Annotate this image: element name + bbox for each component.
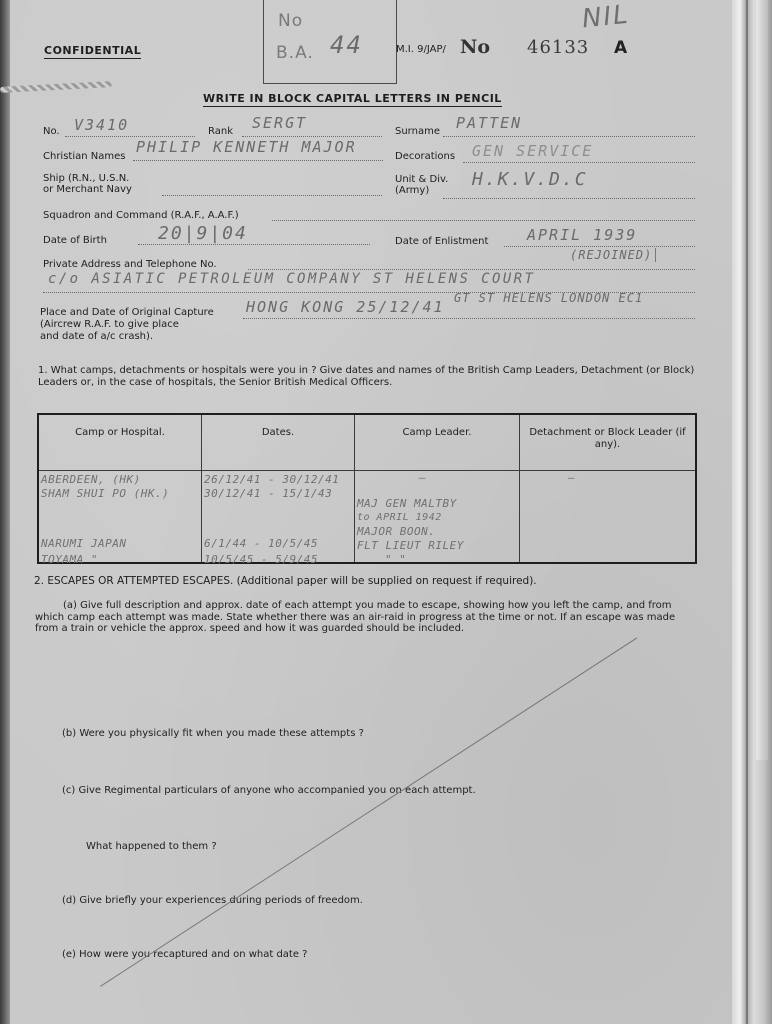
capture-label-1: Place and Date of Original Capture [40, 307, 214, 318]
nil-annotation: NIL [581, 0, 631, 34]
file-binding-edge [732, 0, 772, 1024]
enlistment-note[interactable]: (REJOINED) [570, 248, 656, 262]
rank-label: Rank [208, 126, 233, 137]
date-entry: 6/1/44 - 10/5/45 [204, 537, 318, 551]
section1-question: 1. What camps, detachments or hospitals … [38, 365, 703, 388]
squadron-line [272, 220, 695, 221]
stamp-block-text: BLOCK [292, 0, 354, 5]
stamp-ba-number: 44 [330, 31, 363, 59]
surname-value[interactable]: PATTEN [456, 114, 522, 132]
decorations-value[interactable]: GEN SERVICE [472, 142, 593, 160]
dob-value[interactable]: 20|9|04 [158, 223, 248, 244]
col-block-leader-header: Detachment or Block Leader (if any). [520, 414, 697, 471]
enlistment-value[interactable]: APRIL 1939 [527, 226, 637, 244]
binding-string [0, 81, 112, 93]
camp-entry: TOYAMA " [41, 553, 98, 567]
date-entry: 10/5/45 - 5/9/45 [204, 553, 318, 567]
rank-value[interactable]: SERGT [252, 114, 307, 132]
camp-entry: SHAM SHUI PO (HK.) [41, 487, 169, 501]
leader-entry: MAJ GEN MALTBY [357, 497, 457, 511]
address-value-2[interactable]: GT ST HELENS LONDON EC1 [454, 291, 643, 305]
block-stamp: BLOCK No B.A. 44 [263, 0, 397, 84]
enlistment-label: Date of Enlistment [395, 236, 488, 247]
col-camp-leader-header: Camp Leader. [355, 414, 520, 471]
ship-label-1: Ship (R.N., U.S.N. [43, 173, 129, 184]
camps-cell[interactable]: ABERDEEN, (HK) SHAM SHUI PO (HK.) NARUMI… [38, 471, 202, 564]
confidential-label: CONFIDENTIAL [44, 44, 141, 59]
address-value-1[interactable]: c/o ASIATIC PETROLEUM COMPANY ST HELENS … [48, 271, 535, 287]
dob-label: Date of Birth [43, 235, 107, 246]
question-2c: (c) Give Regimental particulars of anyon… [62, 785, 476, 796]
stamp-ba-text: B.A. [276, 43, 314, 63]
leader-entry: — [419, 471, 426, 485]
squadron-label: Squadron and Command (R.A.F., A.A.F.) [43, 210, 239, 221]
question-2c-followup: What happened to them ? [86, 841, 217, 852]
form-suffix: A [614, 38, 627, 58]
question-2e: (e) How were you recaptured and on what … [62, 949, 308, 960]
unit-label-2: (Army) [395, 185, 429, 196]
no-line [65, 136, 195, 137]
col-dates-header: Dates. [202, 414, 355, 471]
col-camp-header: Camp or Hospital. [38, 414, 202, 471]
no-label: No. [43, 126, 60, 137]
leader-entry: to APRIL 1942 [357, 511, 442, 525]
dob-line [138, 244, 370, 245]
address-label: Private Address and Telephone No. [43, 259, 217, 270]
decorations-label: Decorations [395, 151, 455, 162]
stamp-no-text: No [278, 11, 303, 31]
camp-entry: ABERDEEN, (HK) [41, 473, 141, 487]
leader-entry: MAJOR BOON. [357, 525, 435, 539]
unit-label-1: Unit & Div. [395, 174, 448, 185]
pencil-strike-line [100, 637, 637, 986]
table-row: ABERDEEN, (HK) SHAM SHUI PO (HK.) NARUMI… [38, 471, 696, 564]
section2-heading: 2. ESCAPES OR ATTEMPTED ESCAPES. (Additi… [34, 576, 537, 588]
surname-line [443, 136, 695, 137]
date-entry: 26/12/41 - 30/12/41 [204, 473, 339, 487]
enlistment-line [504, 246, 695, 247]
question-2a: (a) Give full description and approx. da… [35, 600, 700, 635]
christian-names-line [133, 160, 383, 161]
camps-table: Camp or Hospital. Dates. Camp Leader. De… [37, 413, 697, 564]
decorations-line [463, 162, 695, 163]
question-2b: (b) Were you physically fit when you mad… [62, 728, 364, 739]
surname-label: Surname [395, 126, 440, 137]
unit-value[interactable]: H.K.V.D.C [472, 169, 588, 190]
camp-entry: NARUMI JAPAN [41, 537, 126, 551]
ship-line [162, 195, 382, 196]
dates-cell[interactable]: 26/12/41 - 30/12/41 30/12/41 - 15/1/43 6… [202, 471, 355, 564]
address-line-a [248, 269, 695, 270]
no-value[interactable]: V3410 [74, 116, 129, 134]
rank-line [242, 136, 382, 137]
christian-names-value[interactable]: PHILIP KENNETH MAJOR [136, 138, 357, 156]
block-leader-entry: — [568, 471, 575, 485]
leader-entry: FLT LIEUT RILEY [357, 539, 464, 553]
capture-label-2: (Aircrew R.A.F. to give place [40, 319, 179, 330]
ref-prefix: M.I. 9/JAP/ [396, 44, 446, 55]
capture-label-3: and date of a/c crash). [40, 331, 153, 342]
capture-value[interactable]: HONG KONG 25/12/41 [246, 298, 445, 316]
date-entry: 30/12/41 - 15/1/43 [204, 487, 332, 501]
camp-leader-cell[interactable]: — MAJ GEN MALTBY to APRIL 1942 MAJOR BOO… [355, 471, 520, 564]
ship-label-2: or Merchant Navy [43, 184, 132, 195]
christian-names-label: Christian Names [43, 151, 125, 162]
block-leader-cell[interactable]: — [520, 471, 697, 564]
unit-line [443, 198, 695, 199]
leader-entry: " " [385, 553, 406, 567]
pow-questionnaire-page: CONFIDENTIAL BLOCK No B.A. 44 M.I. 9/JAP… [10, 0, 733, 1024]
form-number: 46133 [527, 37, 589, 58]
ref-no-symbol: No [460, 36, 490, 58]
instruction-heading: WRITE IN BLOCK CAPITAL LETTERS IN PENCIL [203, 92, 502, 107]
capture-line [243, 318, 695, 319]
question-2d: (d) Give briefly your experiences during… [62, 895, 363, 906]
